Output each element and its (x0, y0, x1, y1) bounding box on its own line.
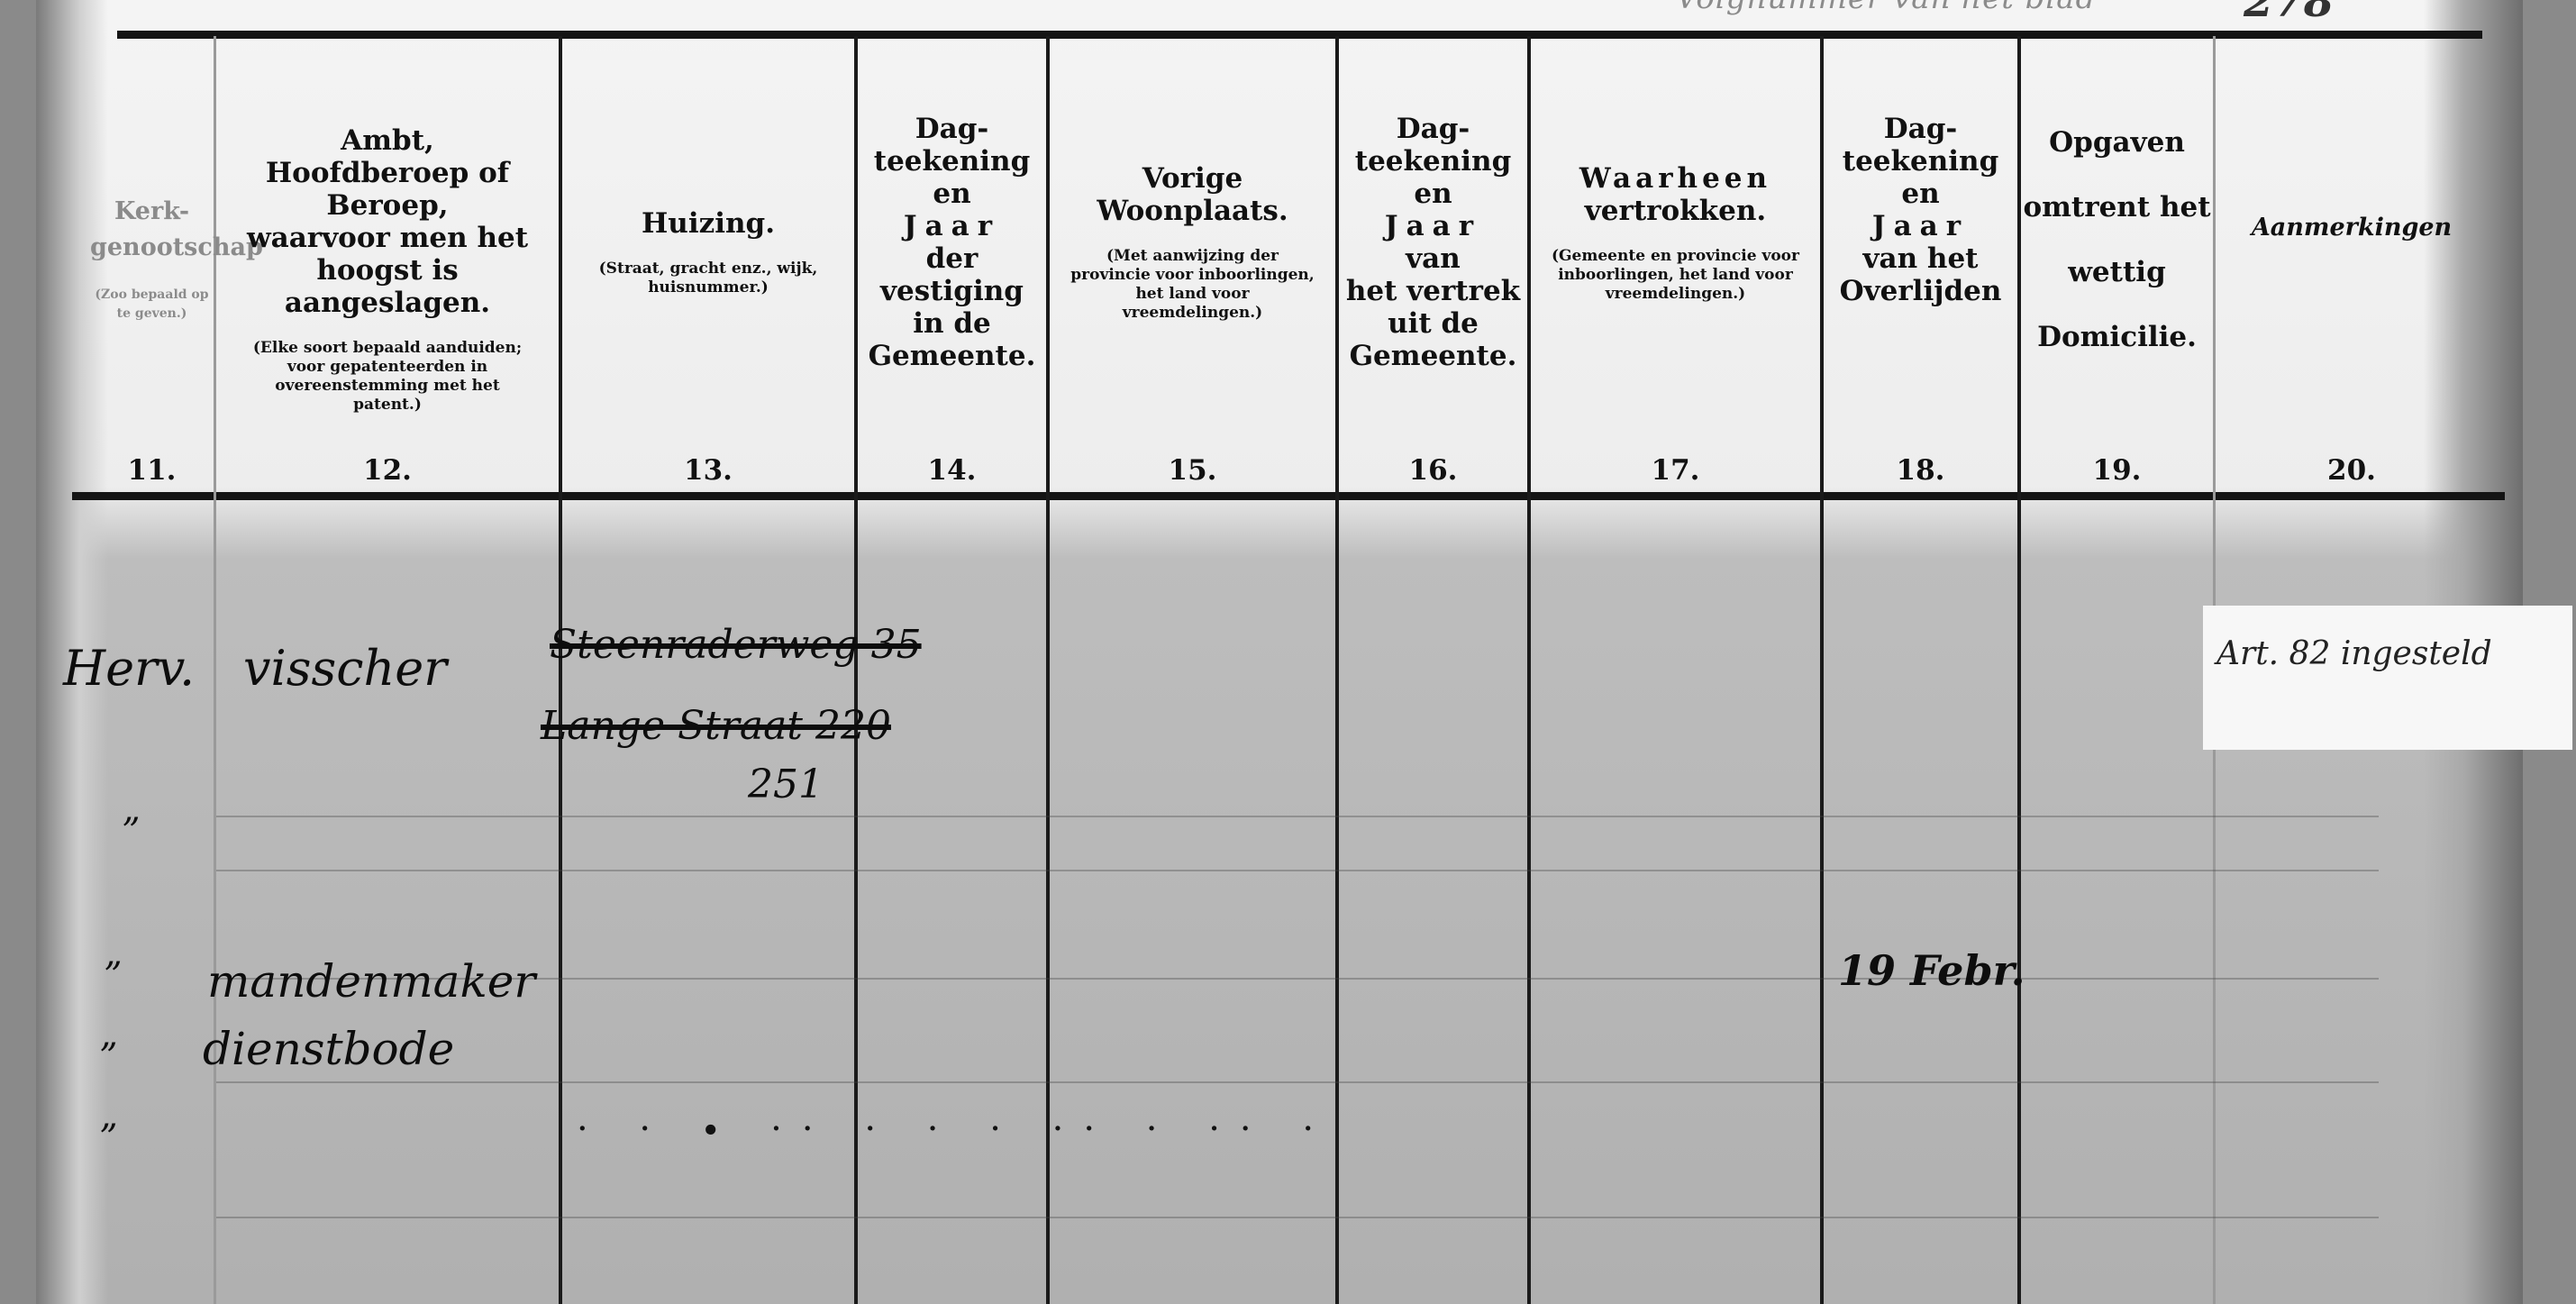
header-bottom-rule (72, 492, 2505, 500)
header-line: Overlijden (1824, 275, 2017, 307)
header-line: Gemeente. (858, 340, 1046, 372)
header-line: Opgaven (2021, 110, 2213, 175)
header-line: en (1339, 178, 1527, 210)
header-line: hoogst is aangeslagen. (216, 254, 559, 319)
header-note: (Gemeente en provincie voor inboorlingen… (1531, 247, 1820, 304)
entry-remark: Art. 82 ingesteld (2216, 635, 2492, 672)
column-header-11: Kerk- genootschap (Zoo bepaald op te gev… (90, 45, 214, 487)
column-number: 16. (1339, 454, 1527, 487)
ditto-mark: ” (122, 811, 140, 853)
row-rule (216, 978, 2379, 980)
header-title: Huizing. (562, 207, 854, 240)
header-note: (Zoo bepaald op te geven.) (90, 286, 214, 324)
entry-address-struck-2: Lange Straat 220 (541, 703, 891, 749)
page-number: 278 (2244, 0, 2334, 27)
header-line: Jaar (858, 210, 1046, 242)
entry-occupation: visscher (243, 640, 447, 697)
header-line: waarvoor men het (216, 222, 559, 254)
column-number: 19. (2021, 454, 2213, 487)
header-line: van het (1824, 242, 2017, 275)
header-line: Beroep, (216, 189, 559, 222)
header-line: der (858, 242, 1046, 275)
header-line: Dag- (858, 113, 1046, 145)
entry-religion: Herv. (63, 640, 195, 697)
header-line: Hoofdberoep of (216, 157, 559, 189)
column-number: 18. (1824, 454, 2017, 487)
header-line: het vertrek (1339, 275, 1527, 307)
header-line: wettig (2021, 240, 2213, 305)
column-number: 12. (216, 454, 559, 487)
row-rule (216, 1081, 2379, 1083)
pasted-remark-slip (2203, 606, 2572, 750)
register-page: Volgnummer van het blad 278 Kerk- genoot… (36, 0, 2523, 1304)
header-line: Ambt, (216, 124, 559, 157)
header-line: en (858, 178, 1046, 210)
column-number: 15. (1050, 454, 1335, 487)
header-line: teekening (1824, 145, 2017, 178)
row-rule (216, 1217, 2379, 1218)
header-title: Aanmerkingen (2216, 212, 2487, 244)
column-header-16: Dag- teekening en Jaar van het vertrek u… (1339, 45, 1527, 487)
header-note: (Straat, gracht enz., wijk, huisnummer.) (562, 260, 854, 297)
entry-death-date: 19 Febr. (1838, 946, 2025, 995)
header-line: Gemeente. (1339, 340, 1527, 372)
column-header-19: Opgaven omtrent het wettig Domicilie. 19… (2021, 45, 2213, 487)
column-number: 11. (90, 454, 214, 487)
header-line: Dag- (1824, 113, 2017, 145)
header-line: vestiging (858, 275, 1046, 307)
ditto-mark: ” (99, 1117, 117, 1159)
header-line: vertrokken. (1531, 195, 1820, 227)
column-number: 14. (858, 454, 1046, 487)
header-line: teekening (1339, 145, 1527, 178)
header-line: en (1824, 178, 2017, 210)
column-header-15: Vorige Woonplaats. (Met aanwijzing der p… (1050, 45, 1335, 487)
header-line: Domicilie. (2021, 305, 2213, 369)
header-line: Jaar (1824, 210, 2017, 242)
header-line: van (1339, 242, 1527, 275)
header-line: uit de (1339, 307, 1527, 340)
header-line: Kerk- (90, 194, 214, 230)
top-caption: Volgnummer van het blad (1676, 0, 2096, 16)
header-line: Vorige (1050, 162, 1335, 195)
row-rule (216, 816, 2379, 817)
header-top-rule (117, 31, 2482, 39)
header-note: (Elke soort bepaald aanduiden; voor gepa… (216, 339, 559, 415)
header-line: genootschap (90, 230, 214, 266)
column-header-14: Dag- teekening en Jaar der vestiging in … (858, 45, 1046, 487)
column-number: 13. (562, 454, 854, 487)
column-number: 17. (1531, 454, 1820, 487)
column-header-13: Huizing. (Straat, gracht enz., wijk, hui… (562, 45, 854, 487)
header-note: (Met aanwijzing der provincie voor inboo… (1050, 247, 1335, 323)
entry-occupation-3: dienstbode (203, 1023, 454, 1075)
entry-occupation-2: mandenmaker (207, 955, 535, 1008)
ditto-mark: ” (104, 955, 122, 997)
entry-address-current: 251 (748, 761, 824, 807)
row-rule (216, 870, 2379, 871)
header-line: Jaar (1339, 210, 1527, 242)
header-line: Waarheen (1531, 162, 1820, 195)
ditto-mark: ” (99, 1036, 117, 1078)
header-line: Woonplaats. (1050, 195, 1335, 227)
entry-address-struck-1: Steenraderweg 35 (550, 622, 922, 668)
header-line: omtrent het (2021, 175, 2213, 240)
column-number: 20. (2216, 454, 2487, 487)
column-header-20: Aanmerkingen 20. (2216, 45, 2487, 487)
column-header-18: Dag- teekening en Jaar van het Overlijde… (1824, 45, 2017, 487)
header-line: teekening (858, 145, 1046, 178)
header-line: Dag- (1339, 113, 1527, 145)
header-line: in de (858, 307, 1046, 340)
column-header-12: Ambt, Hoofdberoep of Beroep, waarvoor me… (216, 45, 559, 487)
column-header-17: Waarheen vertrokken. (Gemeente en provin… (1531, 45, 1820, 487)
ink-dots: · · ∙ ·· · · · ·· · ·· · (577, 1108, 1334, 1150)
